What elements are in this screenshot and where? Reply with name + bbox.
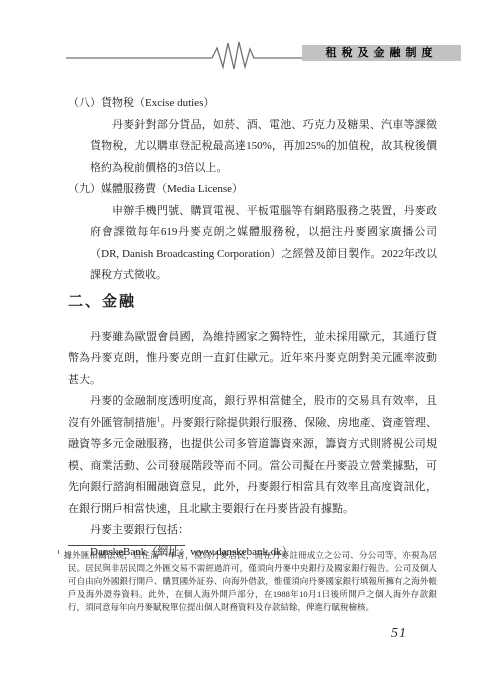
banks-intro-line: 丹麥主要銀行包括： xyxy=(68,520,437,542)
finance-paragraph-2-continuation: 。丹麥銀行除提供銀行服務、保險、房地產、資產管理、融資等多元金融服務，也提供公司… xyxy=(68,417,437,515)
finance-section-heading: 二、金融 xyxy=(68,291,437,313)
footnote-text: 據外匯相關法規，居住滿一年者，視為丹麥居民，而在丹麥註冊成立之公司、分公司等，亦… xyxy=(63,550,437,612)
footnote-body: 1據外匯相關法規，居住滿一年者，視為丹麥居民，而在丹麥註冊成立之公司、分公司等，… xyxy=(57,549,437,614)
header-section-label: 租稅及金融制度 xyxy=(302,45,461,61)
finance-paragraph-2: 丹麥的金融制度透明度高，銀行界相當健全，股市的交易具有效率，且沒有外匯管制措施1… xyxy=(68,391,437,520)
excise-item-paragraph: 丹麥針對部分貨品，如菸、酒、電池、巧克力及糖果、汽車等課徵貨物稅，尤以購車登記稅… xyxy=(90,115,437,180)
footnote-separator xyxy=(68,545,185,546)
main-text-column: （八）貨物稅（Excise duties） 丹麥針對部分貨品，如菸、酒、電池、巧… xyxy=(68,93,437,563)
media-license-item-paragraph: 申辦手機門號、購買電視、平板電腦等有網路服務之裝置，丹麥政府會課徵每年619丹麥… xyxy=(90,201,437,287)
document-page: 租稅及金融制度 （八）貨物稅（Excise duties） 丹麥針對部分貨品，如… xyxy=(0,0,480,679)
page-number: 51 xyxy=(391,626,407,642)
excise-item-heading: （八）貨物稅（Excise duties） xyxy=(68,93,437,115)
header-waveform-divider-icon xyxy=(66,36,306,80)
footnote-block: 1據外匯相關法規，居住滿一年者，視為丹麥居民，而在丹麥註冊成立之公司、分公司等，… xyxy=(57,545,437,614)
media-license-item-heading: （九）媒體服務費（Media License） xyxy=(68,179,437,201)
finance-paragraph-1: 丹麥雖為歐盟會員國，為維持國家之獨特性，並未採用歐元，其通行貨幣為丹麥克朗，惟丹… xyxy=(68,327,437,392)
